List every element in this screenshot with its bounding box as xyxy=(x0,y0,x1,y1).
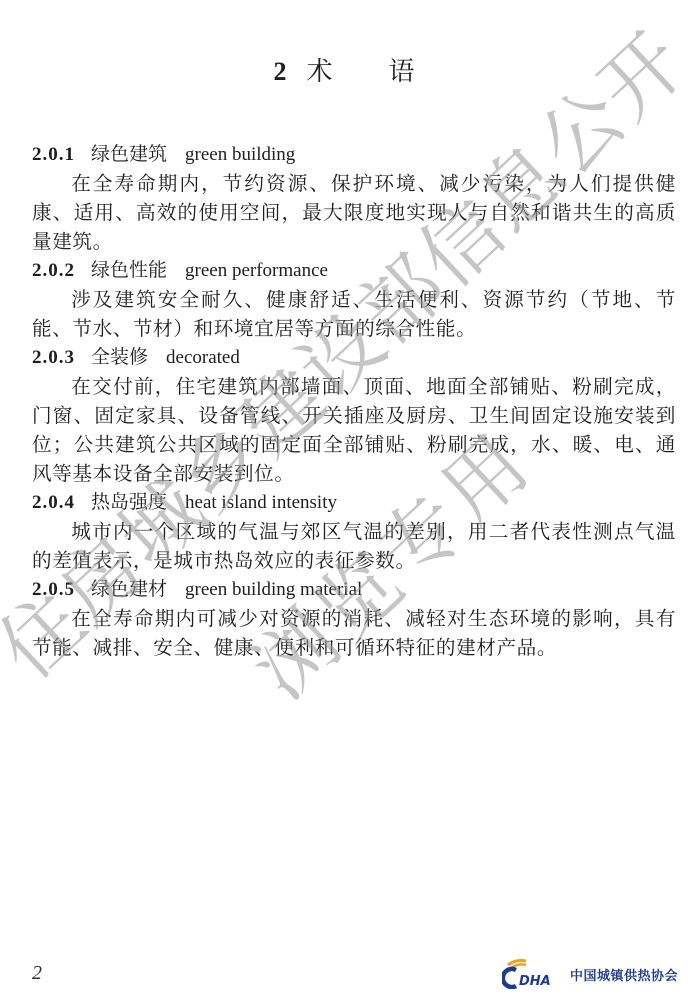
page-number: 2 xyxy=(32,962,42,985)
term-definition: 涉及建筑安全耐久、健康舒适、生活便利、资源节约（节地、节能、节水、节材）和环境宜… xyxy=(32,285,676,343)
term-number: 2.0.3 xyxy=(32,347,75,368)
chapter-number: 2 xyxy=(273,57,286,86)
term-heading: 2.0.1绿色建筑green building xyxy=(32,140,676,169)
terms-list: 2.0.1绿色建筑green building 在全寿命期内，节约资源、保护环境… xyxy=(32,140,676,662)
term-chinese: 全装修 xyxy=(91,346,148,368)
term-item: 2.0.2绿色性能green performance 涉及建筑安全耐久、健康舒适… xyxy=(32,256,676,343)
term-english: green performance xyxy=(185,260,328,281)
term-heading: 2.0.3全装修decorated xyxy=(32,343,676,372)
term-english: decorated xyxy=(166,347,240,368)
term-definition: 城市内一个区域的气温与郊区气温的差别，用二者代表性测点气温的差值表示，是城市热岛… xyxy=(32,517,676,575)
term-item: 2.0.1绿色建筑green building 在全寿命期内，节约资源、保护环境… xyxy=(32,140,676,256)
term-number: 2.0.5 xyxy=(32,579,75,600)
document-page: 2术语 2.0.1绿色建筑green building 在全寿命期内，节约资源、… xyxy=(0,0,688,1002)
term-definition: 在全寿命期内可减少对资源的消耗、减轻对生态环境的影响，具有节能、减排、安全、健康… xyxy=(32,604,676,662)
term-heading: 2.0.4热岛强度heat island intensity xyxy=(32,488,676,517)
term-english: green building xyxy=(185,144,295,165)
term-item: 2.0.4热岛强度heat island intensity 城市内一个区域的气… xyxy=(32,488,676,575)
chapter-title-char-2: 语 xyxy=(389,57,415,87)
cdha-logo-icon: DHA xyxy=(502,959,564,989)
chapter-title-char-1: 术 xyxy=(306,57,332,87)
term-chinese: 绿色建材 xyxy=(91,578,167,600)
term-english: green building material xyxy=(185,579,362,600)
logo-text: 中国城镇供热协会 xyxy=(570,965,678,984)
term-heading: 2.0.5绿色建材green building material xyxy=(32,575,676,604)
term-item: 2.0.5绿色建材green building material 在全寿命期内可… xyxy=(32,575,676,662)
term-chinese: 绿色建筑 xyxy=(91,143,167,165)
chapter-title: 2术语 xyxy=(0,54,688,90)
term-number: 2.0.2 xyxy=(32,260,75,281)
cdha-logo: DHA 中国城镇供热协会 xyxy=(502,956,678,992)
term-heading: 2.0.2绿色性能green performance xyxy=(32,256,676,285)
term-number: 2.0.4 xyxy=(32,492,75,513)
term-english: heat island intensity xyxy=(185,492,337,513)
term-number: 2.0.1 xyxy=(32,144,75,165)
term-item: 2.0.3全装修decorated 在交付前，住宅建筑内部墙面、顶面、地面全部铺… xyxy=(32,343,676,488)
term-chinese: 热岛强度 xyxy=(91,491,167,513)
term-chinese: 绿色性能 xyxy=(91,259,167,281)
term-definition: 在交付前，住宅建筑内部墙面、顶面、地面全部铺贴、粉刷完成，门窗、固定家具、设备管… xyxy=(32,372,676,488)
svg-text:DHA: DHA xyxy=(519,974,551,989)
term-definition: 在全寿命期内，节约资源、保护环境、减少污染，为人们提供健康、适用、高效的使用空间… xyxy=(32,169,676,256)
